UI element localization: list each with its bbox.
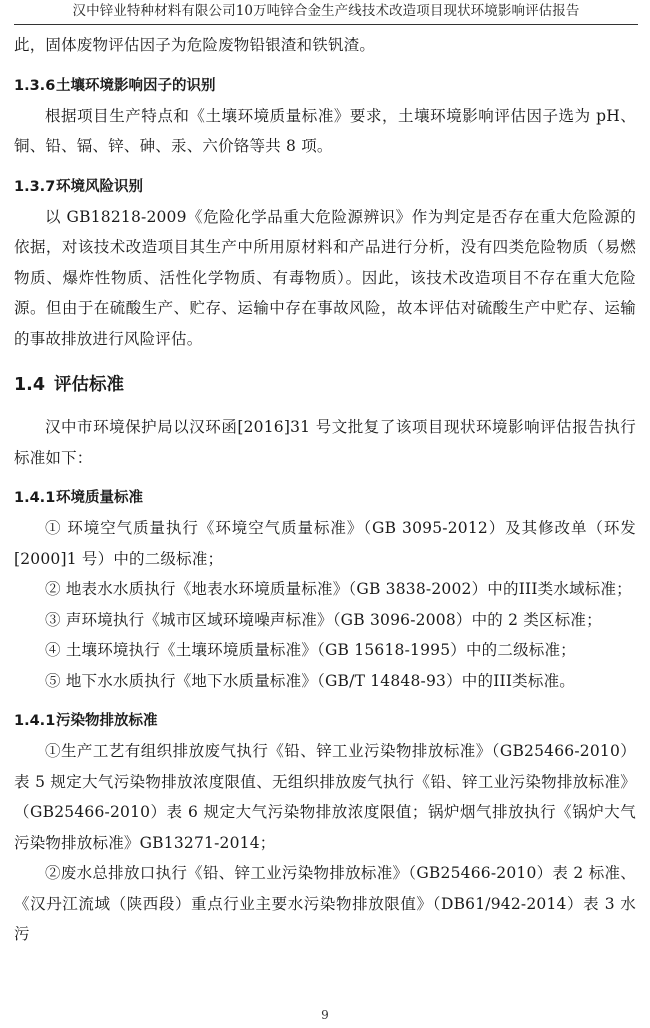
intro-paragraph: 此，固体废物评估因子为危险废物铅银渣和铁钒渣。: [14, 30, 636, 61]
section-title: 土壤环境影响因子的识别: [56, 78, 216, 94]
page-content: 此，固体废物评估因子为危险废物铅银渣和铁钒渣。 1.3.6土壤环境影响因子的识别…: [14, 30, 636, 950]
section-title: 污染物排放标准: [56, 713, 158, 729]
quality-item: ② 地表水水质执行《地表水环境质量标准》（GB 3838-2002）中的III类…: [14, 574, 636, 605]
section-number: 1.4.1: [14, 483, 56, 513]
section-heading-1-3-6: 1.3.6土壤环境影响因子的识别: [14, 71, 636, 101]
quality-item: ① 环境空气质量执行《环境空气质量标准》（GB 3095-2012）及其修改单（…: [14, 513, 636, 574]
section-title: 环境质量标准: [56, 490, 143, 506]
risk-paragraph: 以 GB18218-2009《危险化学品重大危险源辨识》作为判定是否存在重大危险…: [14, 202, 636, 355]
quality-item: ④ 土壤环境执行《土壤环境质量标准》（GB 15618-1995）中的二级标准；: [14, 635, 636, 666]
header-title: 汉中锌业特种材料有限公司10万吨锌合金生产线技术改造项目现状环境影响评估报告: [73, 3, 580, 19]
running-header: 汉中锌业特种材料有限公司10万吨锌合金生产线技术改造项目现状环境影响评估报告: [14, 0, 638, 25]
section-heading-1-3-7: 1.3.7环境风险识别: [14, 172, 636, 202]
page-number: 9: [0, 1008, 650, 1022]
section-title: 评估标准: [54, 375, 124, 395]
section-number: 1.3.7: [14, 172, 56, 202]
section-number: 1.4: [14, 368, 54, 402]
soil-factor-paragraph: 根据项目生产特点和《土壤环境质量标准》要求，土壤环境影响评估因子选为 pH、铜、…: [14, 101, 636, 162]
section-title: 环境风险识别: [56, 179, 143, 195]
emission-item: ①生产工艺有组织排放废气执行《铅、锌工业污染物排放标准》（GB25466-201…: [14, 736, 636, 858]
section-number: 1.3.6: [14, 71, 56, 101]
quality-item: ③ 声环境执行《城市区域环境噪声标准》（GB 3096-2008）中的 2 类区…: [14, 605, 636, 636]
section-heading-1-4: 1.4评估标准: [14, 368, 636, 402]
section-number: 1.4.1: [14, 706, 56, 736]
standards-intro-paragraph: 汉中市环境保护局以汉环函[2016]31 号文批复了该项目现状环境影响评估报告执…: [14, 412, 636, 473]
section-heading-1-4-1-quality: 1.4.1环境质量标准: [14, 483, 636, 513]
emission-item: ②废水总排放口执行《铅、锌工业污染物排放标准》（GB25466-2010）表 2…: [14, 858, 636, 950]
quality-item: ⑤ 地下水水质执行《地下水质量标准》（GB/T 14848-93）中的III类标…: [14, 666, 636, 697]
section-heading-1-4-1-emission: 1.4.1污染物排放标准: [14, 706, 636, 736]
